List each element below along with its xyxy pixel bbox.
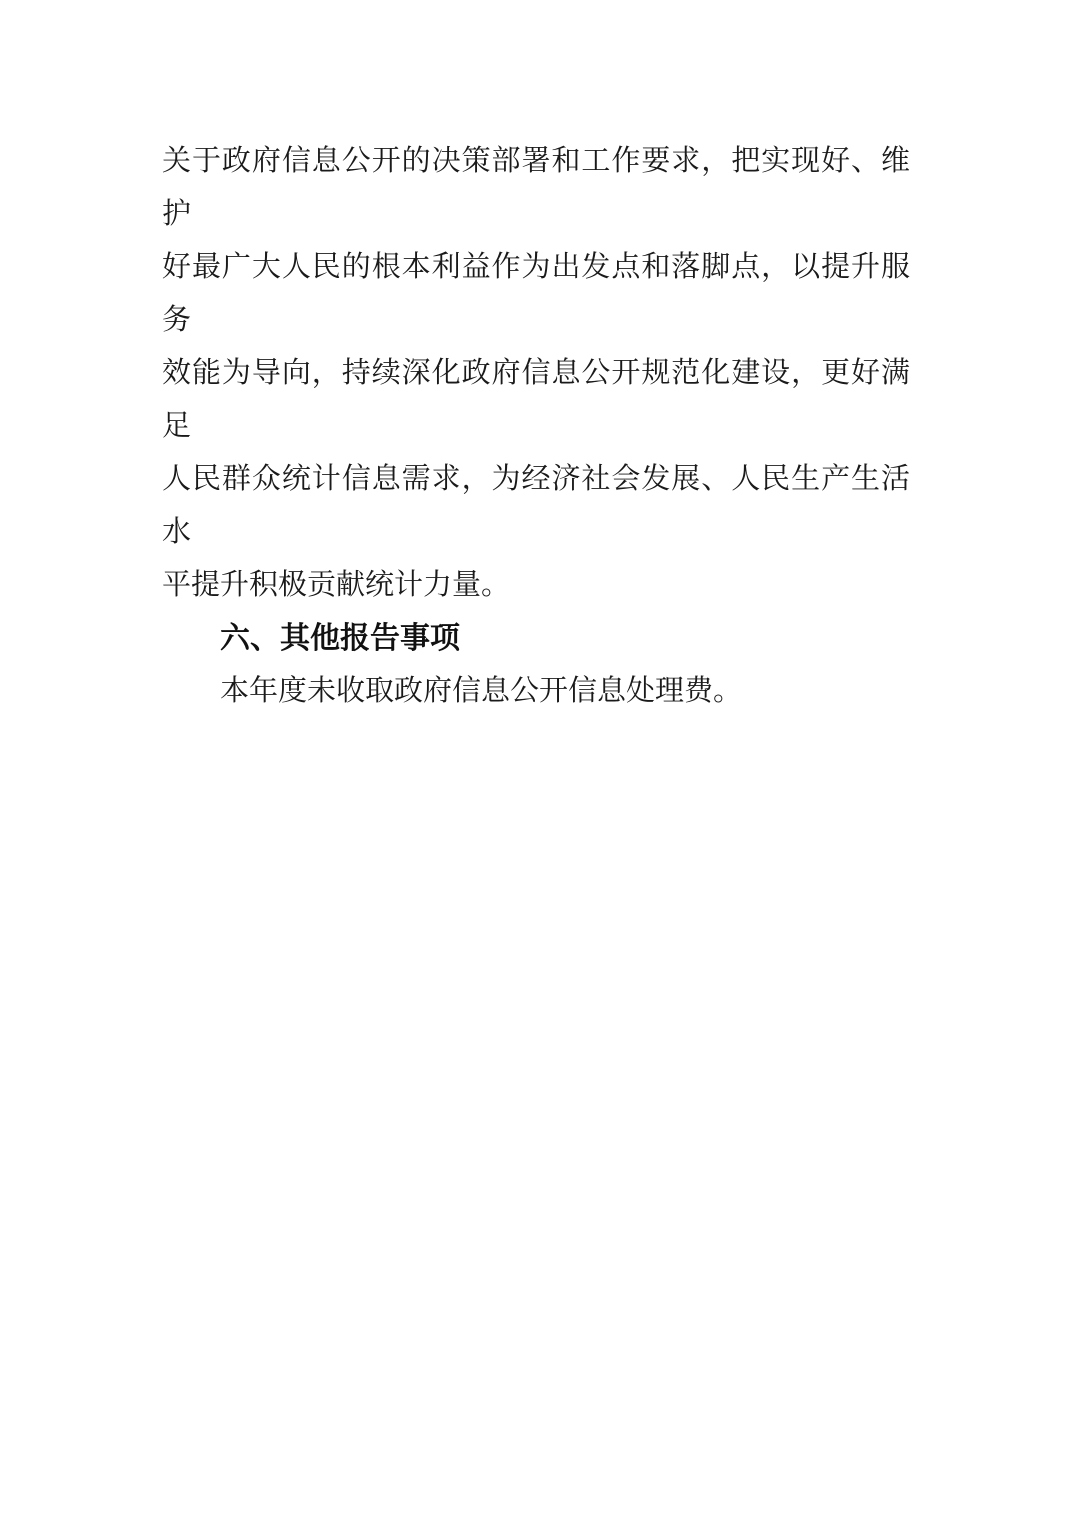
section-heading: 六、其他报告事项 [162, 612, 910, 665]
document-page: 关于政府信息公开的决策部署和工作要求，把实现好、维护 好最广大人民的根本利益作为… [0, 0, 1074, 1520]
paragraph-line: 关于政府信息公开的决策部署和工作要求，把实现好、维护 [162, 135, 910, 241]
paragraph-line: 好最广大人民的根本利益作为出发点和落脚点，以提升服务 [162, 241, 910, 347]
paragraph-line: 平提升积极贡献统计力量。 [162, 559, 910, 612]
section-body-line: 本年度未收取政府信息公开信息处理费。 [162, 665, 910, 718]
paragraph-line: 效能为导向，持续深化政府信息公开规范化建设，更好满足 [162, 347, 910, 453]
paragraph-line: 人民群众统计信息需求，为经济社会发展、人民生产生活水 [162, 453, 910, 559]
